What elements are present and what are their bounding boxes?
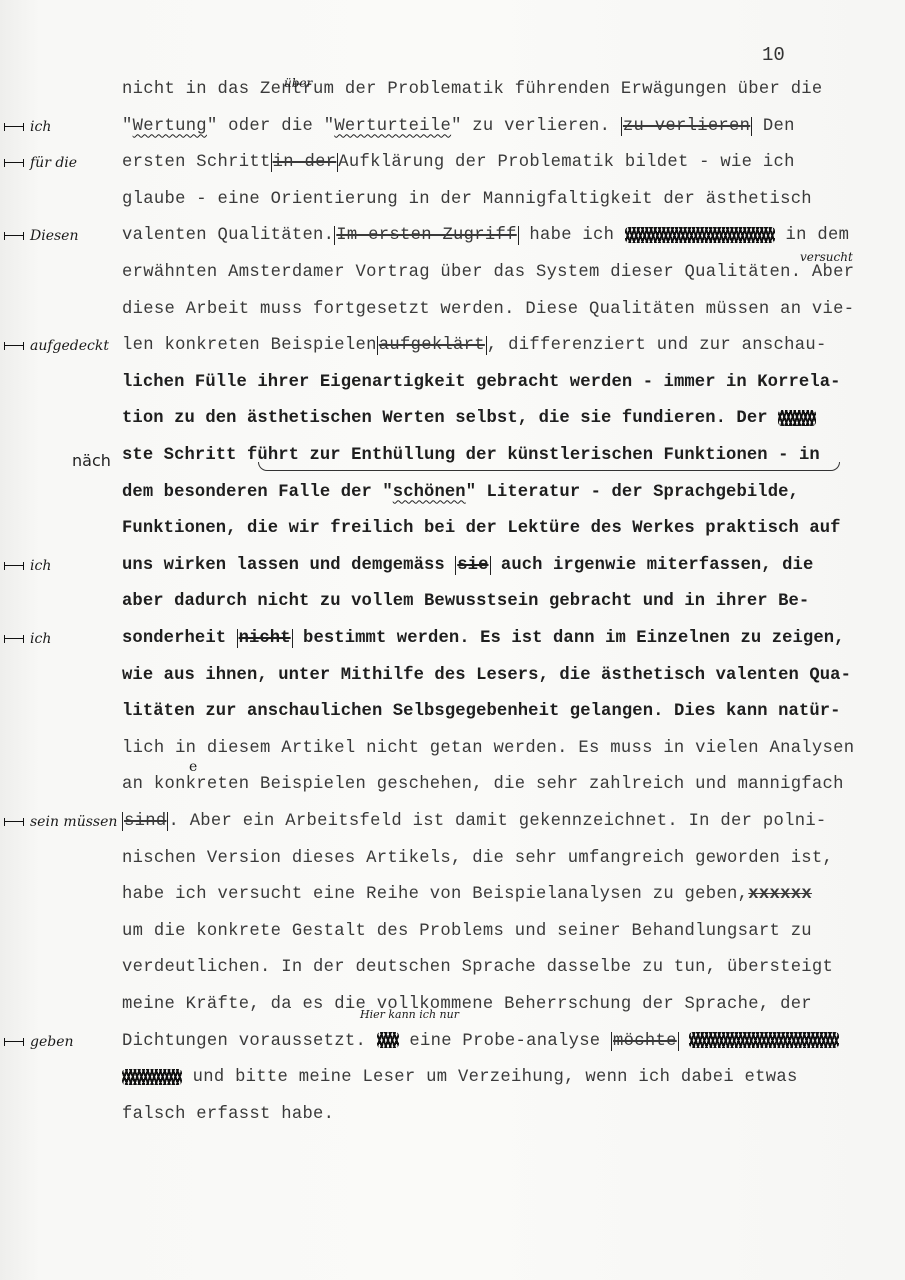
scribbled-out-text xyxy=(778,410,816,426)
text-run: bestimmt werden. Es ist dann im Einzelne… xyxy=(293,629,845,648)
text-line: habe ich versucht eine Reihe von Beispie… xyxy=(122,885,812,904)
insertion-mark-icon xyxy=(4,232,24,240)
text-run: habe ich versucht eine Reihe von Beispie… xyxy=(122,885,748,904)
text-run: und bitte meine Leser um Verzeihung, wen… xyxy=(182,1068,798,1087)
text-run: auch irgenwie miterfassen, die xyxy=(491,556,814,575)
margin-note: ich xyxy=(4,119,51,135)
text-run: " zu verlieren. xyxy=(451,117,621,136)
text-run: erwähnten Amsterdamer Vortrag über das S… xyxy=(122,263,854,282)
text-line: litäten zur anschaulichen Selbsgegebenhe… xyxy=(122,702,841,721)
text-run: an konkreten Beispielen geschehen, die s… xyxy=(122,775,844,794)
insertion-mark-icon xyxy=(4,818,24,826)
text-run: diese Arbeit muss fortgesetzt werden. Di… xyxy=(122,300,854,319)
text-run: sonderheit xyxy=(122,629,237,648)
struck-text: möchte xyxy=(611,1032,679,1051)
text-run: " oder die " xyxy=(207,117,334,136)
interlinear-ueber: über xyxy=(284,76,312,90)
text-line: lichen Fülle ihrer Eigenartigkeit gebrac… xyxy=(122,373,841,392)
underlined-term: Werturteile xyxy=(334,117,451,136)
text-run: nischen Version dieses Artikels, die seh… xyxy=(122,849,833,868)
struck-text: nicht xyxy=(237,629,293,648)
struck-text: in der xyxy=(271,153,339,172)
text-run: glaube - eine Orientierung in der Mannig… xyxy=(122,190,812,209)
text-run: dem besonderen Falle der " xyxy=(122,483,393,502)
scribbled-out-text xyxy=(625,227,775,243)
underlined-term: schönen xyxy=(393,483,466,502)
text-line: glaube - eine Orientierung in der Mannig… xyxy=(122,190,812,209)
margin-note-text: ich xyxy=(30,119,51,135)
margin-note-text: aufgedeckt xyxy=(30,338,109,354)
text-run: , differenziert und zur anschau- xyxy=(487,336,827,355)
text-line: len konkreten Beispielenaufgeklärt, diff… xyxy=(122,336,827,355)
text-run: ste Schritt xyxy=(122,446,247,465)
margin-note: aufgedeckt xyxy=(4,338,109,354)
margin-note-text: geben xyxy=(30,1034,74,1050)
text-line: Funktionen, die wir freilich bei der Lek… xyxy=(122,519,841,538)
text-run: in dem xyxy=(775,226,849,245)
text-run: Dichtungen voraussetzt. xyxy=(122,1032,377,1051)
text-line: dem besonderen Falle der "schönen" Liter… xyxy=(122,483,799,502)
margin-note-text: ich xyxy=(30,631,51,647)
text-run: tion zu den ästhetischen Werten selbst, … xyxy=(122,409,778,428)
insertion-mark-icon xyxy=(4,1038,24,1046)
text-run: len konkreten Beispielen xyxy=(122,336,377,355)
insertion-mark-icon xyxy=(4,635,24,643)
struck-text: sind xyxy=(122,812,168,831)
margin-note-text: sein müssen xyxy=(30,814,117,830)
text-run: falsch erfasst habe. xyxy=(122,1105,334,1124)
text-run: valenten Qualitäten. xyxy=(122,226,334,245)
struck-text: Im ersten Zugriff xyxy=(334,226,518,245)
margin-note: für die xyxy=(4,155,77,171)
text-line: nicht in das Zentrum der Problematik füh… xyxy=(122,80,823,99)
scribbled-out-text xyxy=(122,1069,182,1085)
interlinear-hier-kann: Hier kann ich nur xyxy=(360,1008,459,1021)
handwritten-brace xyxy=(258,462,840,471)
page-number: 10 xyxy=(762,44,785,66)
text-line: tion zu den ästhetischen Werten selbst, … xyxy=(122,409,816,428)
text-run xyxy=(679,1032,690,1051)
margin-note-text: Diesen xyxy=(30,228,78,244)
text-line: an konkreten Beispielen geschehen, die s… xyxy=(122,775,844,794)
text-run: ersten Schritt xyxy=(122,153,271,172)
text-line: wie aus ihnen, unter Mithilfe des Lesers… xyxy=(122,666,851,685)
insertion-mark-icon xyxy=(4,342,24,350)
margin-note-text: für die xyxy=(30,155,77,171)
text-line: meine Kräfte, da es die vollkommene Behe… xyxy=(122,995,812,1014)
margin-note: geben xyxy=(4,1034,74,1050)
text-line: uns wirken lassen und demgemäss sie auch… xyxy=(122,556,813,575)
scribbled-out-text xyxy=(689,1032,839,1048)
margin-note-text: ich xyxy=(30,558,51,574)
text-line: falsch erfasst habe. xyxy=(122,1105,334,1124)
text-line: um die konkrete Gestalt des Problems und… xyxy=(122,922,812,941)
text-line: nischen Version dieses Artikels, die seh… xyxy=(122,849,833,868)
handwritten-prefix: näch xyxy=(72,451,111,470)
text-line: sind. Aber ein Arbeitsfeld ist damit gek… xyxy=(122,812,827,831)
interlinear-versucht: versucht xyxy=(800,250,853,264)
text-line: valenten Qualitäten.Im ersten Zugriff ha… xyxy=(122,226,849,245)
insertion-mark-icon xyxy=(4,159,24,167)
text-run: Funktionen, die wir freilich bei der Lek… xyxy=(122,519,841,538)
struck-text: aufgeklärt xyxy=(377,336,487,355)
text-run: uns wirken lassen und demgemäss xyxy=(122,556,455,575)
text-run: Aufklärung der Problematik bildet - wie … xyxy=(338,153,794,172)
text-line: sonderheit nicht bestimmt werden. Es ist… xyxy=(122,629,845,648)
text-run: lich in diesem Artikel nicht getan werde… xyxy=(122,739,854,758)
margin-note: sein müssen xyxy=(4,814,117,830)
text-run: lichen Fülle ihrer Eigenartigkeit gebrac… xyxy=(122,373,841,392)
struck-text: zu verlieren xyxy=(621,117,752,136)
text-run: wie aus ihnen, unter Mithilfe des Lesers… xyxy=(122,666,851,685)
text-run: litäten zur anschaulichen Selbsgegebenhe… xyxy=(122,702,841,721)
text-run: . Aber ein Arbeitsfeld ist damit gekennz… xyxy=(168,812,826,831)
text-line: und bitte meine Leser um Verzeihung, wen… xyxy=(122,1068,798,1087)
text-run: habe ich xyxy=(519,226,625,245)
text-line: verdeutlichen. In der deutschen Sprache … xyxy=(122,958,833,977)
text-run: Den xyxy=(752,117,794,136)
margin-note: ich xyxy=(4,631,51,647)
text-run: um die konkrete Gestalt des Problems und… xyxy=(122,922,812,941)
typewritten-page: 10 nicht in das Zentrum der Problematik … xyxy=(0,0,905,1280)
margin-note: Diesen xyxy=(4,228,78,244)
text-run: verdeutlichen. In der deutschen Sprache … xyxy=(122,958,833,977)
text-line: "Wertung" oder die "Werturteile" zu verl… xyxy=(122,117,795,136)
text-run: aber dadurch nicht zu vollem Bewusstsein… xyxy=(122,592,809,611)
text-line: diese Arbeit muss fortgesetzt werden. Di… xyxy=(122,300,854,319)
insertion-mark-icon xyxy=(4,562,24,570)
underlined-term: Wertung xyxy=(133,117,207,136)
margin-note: ich xyxy=(4,558,51,574)
scribbled-out-text xyxy=(377,1032,399,1048)
text-line: lich in diesem Artikel nicht getan werde… xyxy=(122,739,854,758)
text-run: " Literatur - der Sprachgebilde, xyxy=(466,483,799,502)
text-run: " xyxy=(122,117,133,136)
interlinear-e: e xyxy=(189,759,197,775)
text-line: ersten Schrittin derAufklärung der Probl… xyxy=(122,153,795,172)
typed-x-out: xxxxxx xyxy=(748,885,812,904)
struck-text: sie xyxy=(455,556,490,575)
text-run: nicht in das Zentrum der Problematik füh… xyxy=(122,80,823,99)
text-line: Dichtungen voraussetzt. eine Probe-analy… xyxy=(122,1032,839,1051)
text-line: erwähnten Amsterdamer Vortrag über das S… xyxy=(122,263,854,282)
text-run: eine Probe-analyse xyxy=(399,1032,611,1051)
text-line: aber dadurch nicht zu vollem Bewusstsein… xyxy=(122,592,809,611)
text-run: meine Kräfte, da es die vollkommene Behe… xyxy=(122,995,812,1014)
insertion-mark-icon xyxy=(4,123,24,131)
